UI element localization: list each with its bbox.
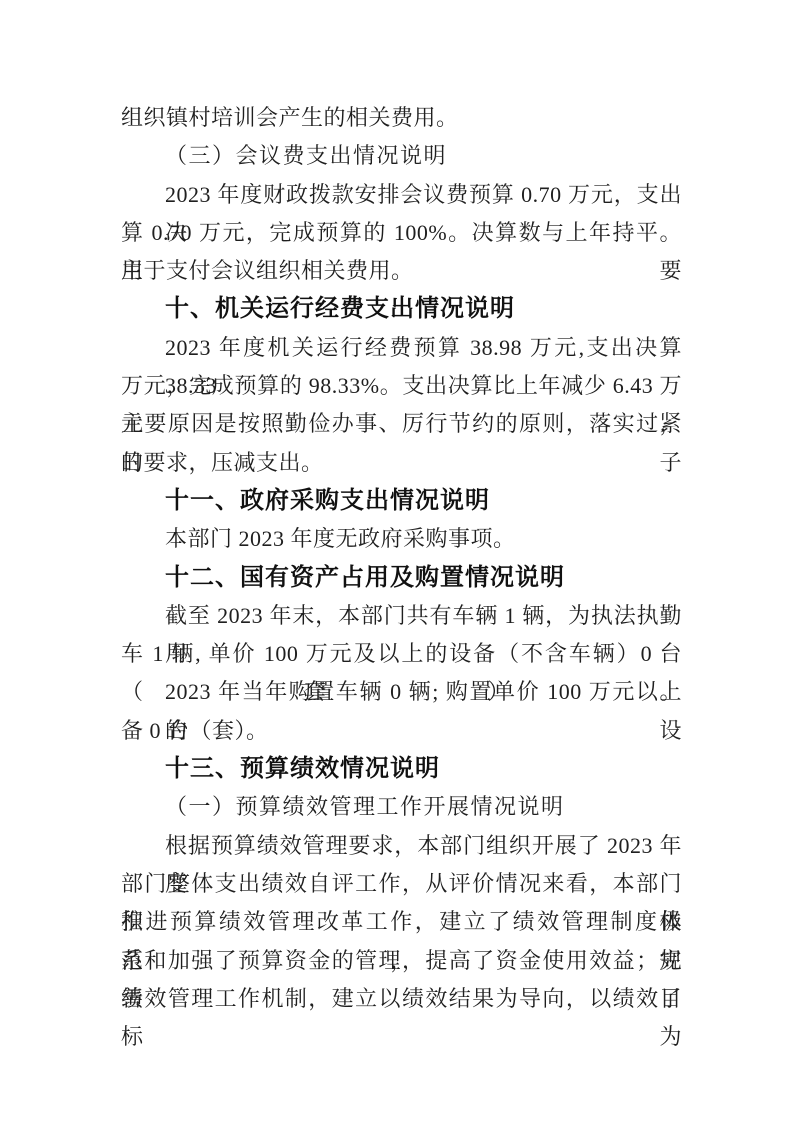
text-line: 根据预算绩效管理要求，本部门组织开展了 2023 年度 [121,827,682,865]
text-line: 部门整体支出绩效自评工作，从评价情况来看，本部门积极 [121,865,682,903]
text-line: 算 0.70 万元，完成预算的 100%。决算数与上年持平。主要 [121,214,682,252]
text-line: 组织镇村培训会产生的相关费用。 [121,99,682,137]
document-content: 组织镇村培训会产生的相关费用。（三）会议费支出情况说明2023 年度财政拨款安排… [121,99,682,1018]
text-line: 万元，完成预算的 98.33%。支出决算比上年减少 6.43 万元， [121,367,682,405]
text-line: 本部门 2023 年度无政府采购事项。 [121,520,682,558]
document-page: 组织镇村培训会产生的相关费用。（三）会议费支出情况说明2023 年度财政拨款安排… [0,0,793,1122]
text-line: 2023 年当年购置车辆 0 辆; 购置单价 100 万元以上的设 [121,673,682,711]
text-line: 推进预算绩效管理改革工作，建立了绩效管理制度体系，规 [121,903,682,941]
text-line: 车 1 辆, 单价 100 万元及以上的设备（不含车辆）0 台（套）。 [121,635,682,673]
section-heading: 十三、预算绩效情况说明 [121,750,682,788]
text-line: 范和加强了预算资金的管理，提高了资金使用效益；完善了 [121,942,682,980]
section-heading: 十二、国有资产占用及购置情况说明 [121,559,682,597]
text-line: 主要原因是按照勤俭办事、厉行节约的原则，落实过紧日子 [121,405,682,443]
text-line: 截至 2023 年末，本部门共有车辆 1 辆，为执法执勤用 [121,597,682,635]
text-line: 2023 年度机关运行经费预算 38.98 万元,支出决算 38.33 [121,329,682,367]
sub-section-heading: （一）预算绩效管理工作开展情况说明 [121,788,682,826]
sub-section-heading: （三）会议费支出情况说明 [121,137,682,175]
section-heading: 十一、政府采购支出情况说明 [121,482,682,520]
text-line: 绩效管理工作机制，建立以绩效结果为导向，以绩效目标为 [121,980,682,1018]
text-line: 2023 年度财政拨款安排会议费预算 0.70 万元，支出决 [121,176,682,214]
section-heading: 十、机关运行经费支出情况说明 [121,290,682,328]
